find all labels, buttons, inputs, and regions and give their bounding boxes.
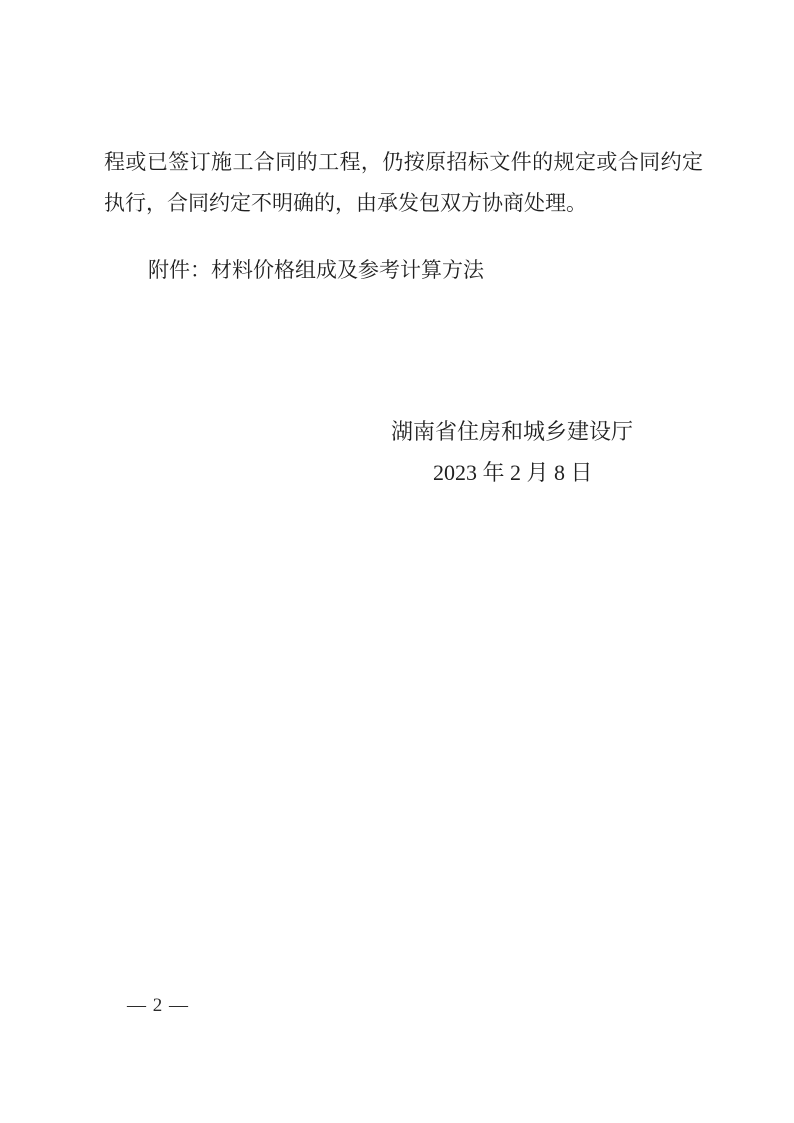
issuing-authority-signature: 湖南省住房和城乡建设厅	[391, 418, 633, 446]
body-paragraph-line-2: 执行，合同约定不明确的，由承发包双方协商处理。	[104, 190, 587, 216]
document-page: 程或已签订施工合同的工程，仍按原招标文件的规定或合同约定 执行，合同约定不明确的…	[0, 0, 794, 1123]
page-number: — 2 —	[127, 994, 189, 1018]
issue-date: 2023 年 2 月 8 日	[433, 459, 593, 487]
attachment-reference-line: 附件：材料价格组成及参考计算方法	[148, 257, 484, 283]
body-paragraph-line-1: 程或已签订施工合同的工程，仍按原招标文件的规定或合同约定	[104, 149, 703, 175]
